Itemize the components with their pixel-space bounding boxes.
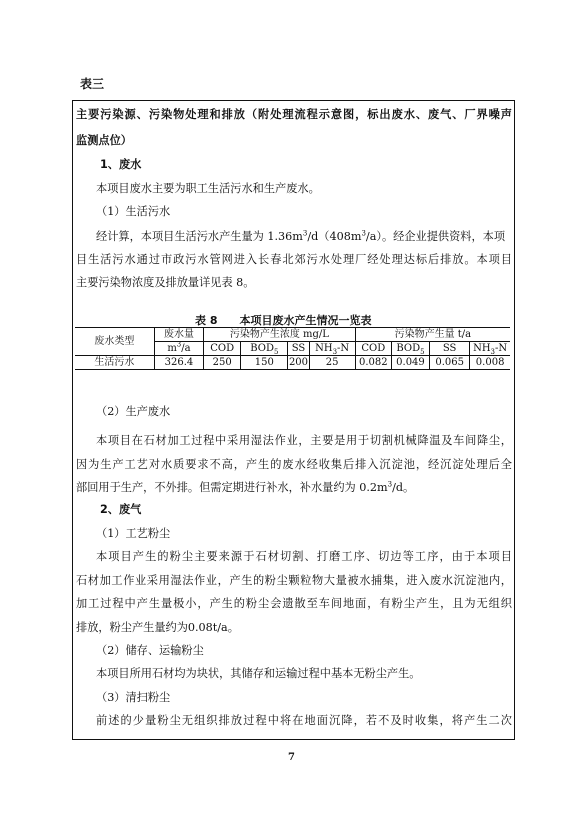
cell-conc-nh3n: 25 bbox=[309, 356, 355, 370]
header-amt-cod: COD bbox=[355, 342, 391, 356]
process-dust-line2: 石材加工作业采用湿法作业，产生的粉尘颗粒物大量被水捕集，进入废水沉淀池内， bbox=[76, 574, 512, 588]
page-number: 7 bbox=[288, 752, 295, 763]
cell-conc-cod: 250 bbox=[204, 356, 241, 370]
header-wastewater-type: 废水类型 bbox=[75, 328, 154, 356]
header-conc-ss: SS bbox=[288, 342, 309, 356]
cell-amt-bod5: 0.049 bbox=[391, 356, 429, 370]
exhaust-heading: 2、废气 bbox=[100, 503, 536, 517]
section-title-line2: 监测点位） bbox=[76, 134, 512, 148]
production-paragraph-line2: 因为生产工艺对水质要求不高，产生的废水经收集后排入沉淀池，经沉淀处理后全 bbox=[76, 458, 512, 472]
cell-conc-ss: 200 bbox=[288, 356, 309, 370]
storage-dust-heading: （2）储存、运输粉尘 bbox=[96, 644, 532, 658]
cell-volume: 326.4 bbox=[154, 356, 203, 370]
domestic-paragraph-line2: 目生活污水通过市政污水管网进入长春北郊污水处理厂经处理达标后排放。本项目 bbox=[76, 253, 512, 267]
production-paragraph-line3: 部回用于生产，不外排。但需定期进行补水，补水量约为 0.2m3/d。 bbox=[76, 481, 512, 495]
production-heading: （2）生产废水 bbox=[96, 405, 532, 419]
domestic-paragraph-line1: 经计算，本项目生活污水产生量为 1.36m3/d（408m3/a）。经企业提供资… bbox=[96, 230, 512, 244]
cell-conc-bod5: 150 bbox=[241, 356, 288, 370]
domestic-paragraph-line3: 主要污染物浓度及排放量详见表 8。 bbox=[76, 276, 512, 290]
header-amount-group: 污染物产生量 t/a bbox=[355, 328, 510, 342]
wastewater-intro: 本项目废水主要为职工生活污水和生产废水。 bbox=[96, 182, 532, 196]
header-concentration-group: 污染物产生浓度 mg/L bbox=[204, 328, 356, 342]
header-amt-nh3n: NH3-N bbox=[470, 342, 510, 356]
section-title-line1: 主要污染源、污染物处理和排放（附处理流程示意图，标出废水、废气、厂界噪声 bbox=[76, 108, 512, 122]
header-amt-bod5: BOD5 bbox=[391, 342, 429, 356]
process-dust-line4: 排放，粉尘产生量约为0.08t/a。 bbox=[76, 621, 512, 635]
cleaning-dust-line1: 前述的少量粉尘无组织排放过程中将在地面沉降，若不及时收集，将产生二次 bbox=[96, 714, 512, 728]
table8: 废水类型 废水量 污染物产生浓度 mg/L 污染物产生量 t/a m3/a CO… bbox=[75, 327, 510, 370]
storage-dust-line1: 本项目所用石材均为块状，其储存和运输过程中基本无粉尘产生。 bbox=[96, 667, 532, 681]
cell-amt-ss: 0.065 bbox=[430, 356, 470, 370]
production-paragraph-line1: 本项目在石材加工过程中采用湿法作业，主要是用于切割机械降温及车间降尘， bbox=[96, 434, 512, 448]
table8-title: 表 8 本项目废水产生情况一览表 bbox=[195, 312, 371, 328]
cleaning-dust-heading: （3）清扫粉尘 bbox=[96, 691, 532, 705]
table-label: 表三 bbox=[80, 75, 104, 92]
cell-amt-nh3n: 0.008 bbox=[470, 356, 510, 370]
table8-header-row1: 废水类型 废水量 污染物产生浓度 mg/L 污染物产生量 t/a bbox=[75, 328, 510, 342]
domestic-heading: （1）生活污水 bbox=[96, 205, 532, 219]
cell-type: 生活污水 bbox=[75, 356, 154, 370]
table-row: 生活污水 326.4 250 150 200 25 0.082 0.049 0.… bbox=[75, 356, 510, 370]
process-dust-line1: 本项目产生的粉尘主要来源于石材切割、打磨工序、切边等工序，由于本项目 bbox=[96, 550, 512, 564]
cell-amt-cod: 0.082 bbox=[355, 356, 391, 370]
header-conc-cod: COD bbox=[204, 342, 241, 356]
header-conc-bod5: BOD5 bbox=[241, 342, 288, 356]
header-amt-ss: SS bbox=[430, 342, 470, 356]
wastewater-heading: 1、废水 bbox=[100, 158, 536, 172]
header-volume-unit: m3/a bbox=[154, 342, 203, 356]
process-dust-heading: （1）工艺粉尘 bbox=[96, 527, 532, 541]
process-dust-line3: 加工过程中产生量极小，产生的粉尘会遗散至车间地面，有粉尘产生，且为无组织 bbox=[76, 597, 512, 611]
header-conc-nh3n: NH3-N bbox=[309, 342, 355, 356]
